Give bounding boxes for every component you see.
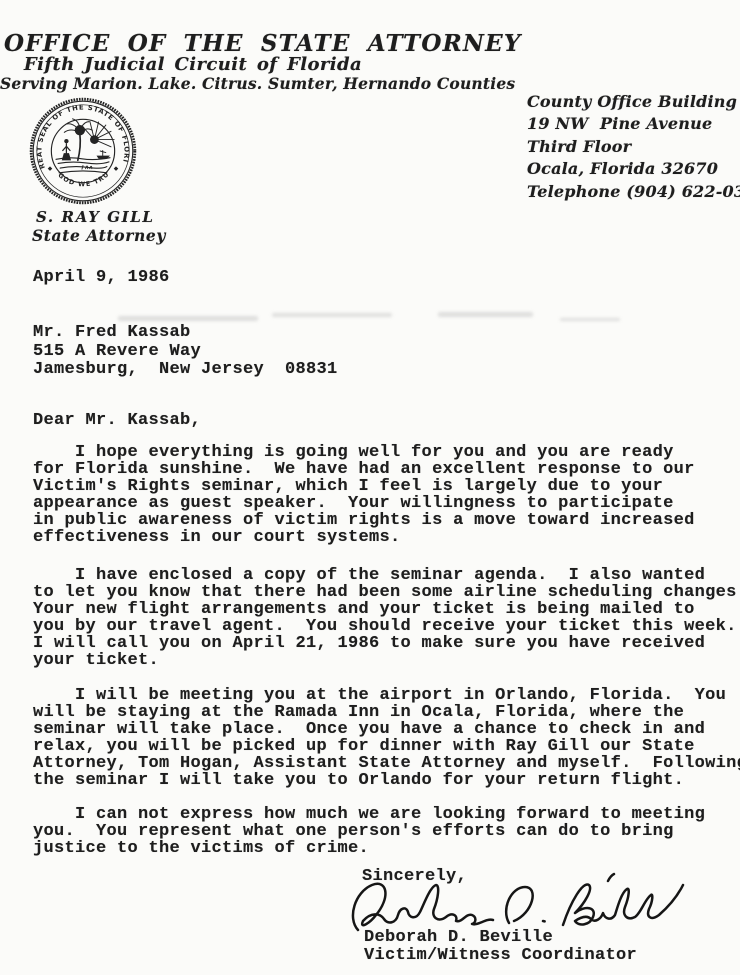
eraser-smudge [438,312,533,317]
recipient-address-block: Mr. Fred Kassab 515 A Revere Way Jamesbu… [33,324,338,380]
salutation: Dear Mr. Kassab, [33,412,201,429]
eraser-smudge [560,318,620,321]
eraser-smudge [118,316,258,321]
body-paragraph-4: I can not express how much we are lookin… [33,806,705,857]
signer-name: Deborah D. Beville [364,929,553,946]
scanned-letter-page: { "colors": { "paper": "#fbfbf9", "ink":… [0,0,740,975]
attorney-name: S. RAY GILL [36,208,155,226]
office-title: OFFICE OF THE STATE ATTORNEY [4,30,521,57]
office-address-block: County Office Building 19 NW Pine Avenue… [527,91,740,203]
circuit-subtitle: Fifth Judicial Circuit of Florida [0,54,386,75]
body-paragraph-2: I have enclosed a copy of the seminar ag… [33,567,740,669]
serving-counties-line: Serving Marion. Lake. Citrus. Sumter, He… [0,74,420,93]
eraser-smudge [272,313,392,317]
letter-date: April 9, 1986 [33,269,170,286]
body-paragraph-3: I will be meeting you at the airport in … [33,687,740,789]
body-paragraph-1: I hope everything is going well for you … [33,444,695,546]
florida-great-seal-icon: GREAT SEAL OF THE STATE OF FLORIDA IN GO… [28,96,138,206]
signer-title: Victim/Witness Coordinator [364,947,637,964]
seal-inner-scene [56,119,114,173]
attorney-title: State Attorney [32,226,166,245]
